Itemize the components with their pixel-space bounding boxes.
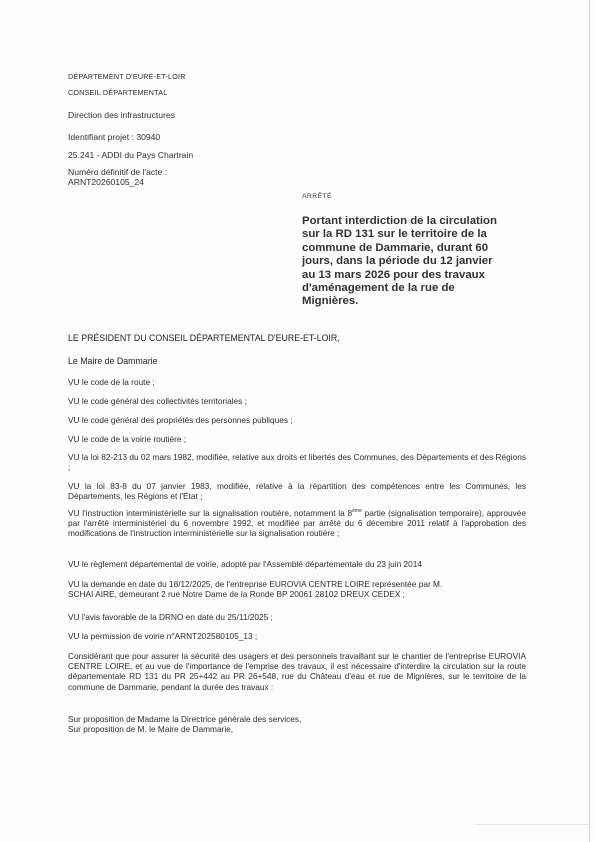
direction-name: Direction des infrastructures	[68, 110, 175, 120]
decree-title-line: au 13 mars 2026 pour des travaux	[302, 269, 532, 282]
vu-code-collectivites: VU le code général des collectivités ter…	[68, 396, 247, 406]
decree-title-line: commune de Dammarie, durant 60	[302, 242, 532, 255]
instruction-text-start: VU l'instruction interministérielle sur …	[68, 508, 352, 518]
decree-title-line: jours, dans la période du 12 janvier	[302, 255, 532, 268]
vu-avis-drno: VU l'avis favorable de la DRNO en date d…	[68, 612, 273, 622]
scan-page-edge	[589, 0, 590, 842]
considerant-paragraph: Considérant que pour assurer la sécurité…	[68, 651, 526, 692]
instruction-sup: ème	[352, 508, 362, 514]
vu-permission-voirie: VU la permission de voirie n°ARNT2025801…	[68, 631, 257, 641]
vu-code-voirie: VU le code de la voirie routière ;	[68, 434, 186, 444]
vu-reglement-voirie: VU le règlement départemental de voirie,…	[68, 559, 422, 569]
council-name: CONSEIL DÉPARTEMENTAL	[68, 88, 167, 97]
decree-title-line: sur la RD 131 sur le territoire de la	[302, 228, 532, 241]
president-heading: LE PRÉSIDENT DU CONSEIL DÉPARTEMENTAL D'…	[68, 333, 340, 343]
maire-heading: Le Maire de Dammarie	[68, 356, 157, 366]
vu-code-route: VU le code de la route ;	[68, 377, 155, 387]
scan-page-edge-bottom	[475, 824, 589, 825]
vu-loi-1982: VU la loi 82-213 du 02 mars 1982, modifi…	[68, 452, 526, 472]
decree-title: Portant interdiction de la circulationsu…	[302, 215, 532, 309]
agency-name: 25.241 - ADDI du Pays Chartrain	[68, 150, 193, 160]
project-id: Identifiant projet : 30940	[68, 132, 160, 142]
department-name: DÉPARTEMENT D'EURE-ET-LOIR	[68, 72, 186, 81]
vu-code-proprietes: VU le code général des propriétés des pe…	[68, 415, 293, 425]
act-number: ARNT20260105_24	[68, 177, 144, 187]
vu-instruction-interministerielle: VU l'instruction interministérielle sur …	[68, 508, 526, 539]
decree-label: ARRÊTÉ	[302, 193, 332, 200]
vu-loi-1983: VU la loi 83-8 du 07 janvier 1983, modif…	[68, 481, 526, 501]
decree-title-line: d'aménagement de la rue de	[302, 282, 532, 295]
proposal-maire: Sur proposition de M. le Maire de Dammar…	[68, 724, 233, 734]
decree-title-line: Mignières.	[302, 295, 532, 308]
proposal-directrice: Sur proposition de Madame la Directrice …	[68, 714, 301, 724]
decree-title-line: Portant interdiction de la circulation	[302, 215, 532, 228]
act-number-label: Numéro définitif de l'acte :	[68, 167, 167, 177]
vu-demande-line-2: SCHAI AIRE, demeurant 2 rue Notre Dame d…	[68, 589, 405, 599]
vu-demande-line-1: VU la demande en date du 18/12/2025, de …	[68, 579, 442, 589]
